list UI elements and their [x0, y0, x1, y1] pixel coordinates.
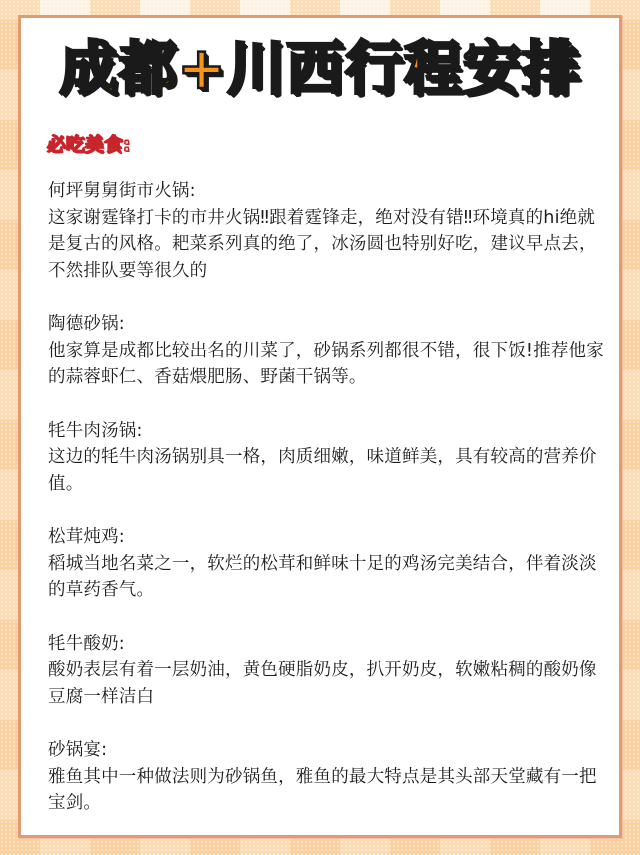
food-item-name: 何坪舅舅街市火锅: [48, 178, 608, 205]
food-item: 牦牛酸奶: 酸奶表层有着一层奶油，黄色硬脂奶皮，扒开奶皮，软嫩粘稠的酸奶像豆腐一… [48, 631, 608, 711]
food-item-description: 这边的牦牛肉汤锅别具一格，肉质细嫩，味道鲜美，具有较高的营养价值。 [48, 444, 608, 497]
food-item-name: 牦牛酸奶: [48, 631, 608, 658]
food-item-description: 雅鱼其中一种做法则为砂锅鱼，雅鱼的最大特点是其头部天堂藏有一把宝剑。 [48, 764, 608, 817]
food-item-name: 砂锅宴: [48, 737, 608, 764]
food-item: 何坪舅舅街市火锅: 这家谢霆锋打卡的市井火锅‼跟着霆锋走，绝对没有错‼环境真的h… [48, 178, 608, 284]
food-item: 砂锅宴: 雅鱼其中一种做法则为砂锅鱼，雅鱼的最大特点是其头部天堂藏有一把宝剑。 [48, 737, 608, 817]
food-item-description: 这家谢霆锋打卡的市井火锅‼跟着霆锋走，绝对没有错‼环境真的hi绝就是复古的风格。… [48, 205, 608, 285]
food-item-description: 酸奶表层有着一层奶油，黄色硬脂奶皮，扒开奶皮，软嫩粘稠的酸奶像豆腐一样洁白 [48, 657, 608, 710]
food-list: 何坪舅舅街市火锅: 这家谢霆锋打卡的市井火锅‼跟着霆锋走，绝对没有错‼环境真的h… [48, 178, 608, 844]
food-item-name: 牦牛肉汤锅: [48, 418, 608, 445]
food-item: 松茸炖鸡: 稻城当地名菜之一，软烂的松茸和鲜味十足的鸡汤完美结合，伴着淡淡的草药… [48, 524, 608, 604]
food-item: 陶德砂锅: 他家算是成都比较出名的川菜了，砂锅系列都很不错，很下饭!推荐他家的蒜… [48, 311, 608, 391]
food-item-name: 松茸炖鸡: [48, 524, 608, 551]
content-card: 成都+川西行程安排 必吃美食: 何坪舅舅街市火锅: 这家谢霆锋打卡的市井火锅‼跟… [18, 15, 622, 838]
section-label-must-eat: 必吃美食: [47, 130, 131, 157]
food-item-description: 他家算是成都比较出名的川菜了，砂锅系列都很不错，很下饭!推荐他家的蒜蓉虾仁、香菇… [48, 338, 608, 391]
page-title: 成都+川西行程安排 [21, 32, 619, 104]
food-item-description: 稻城当地名菜之一，软烂的松茸和鲜味十足的鸡汤完美结合，伴着淡淡的草药香气。 [48, 551, 608, 604]
food-item: 牦牛肉汤锅: 这边的牦牛肉汤锅别具一格，肉质细嫩，味道鲜美，具有较高的营养价值。 [48, 418, 608, 498]
food-item-name: 陶德砂锅: [48, 311, 608, 338]
